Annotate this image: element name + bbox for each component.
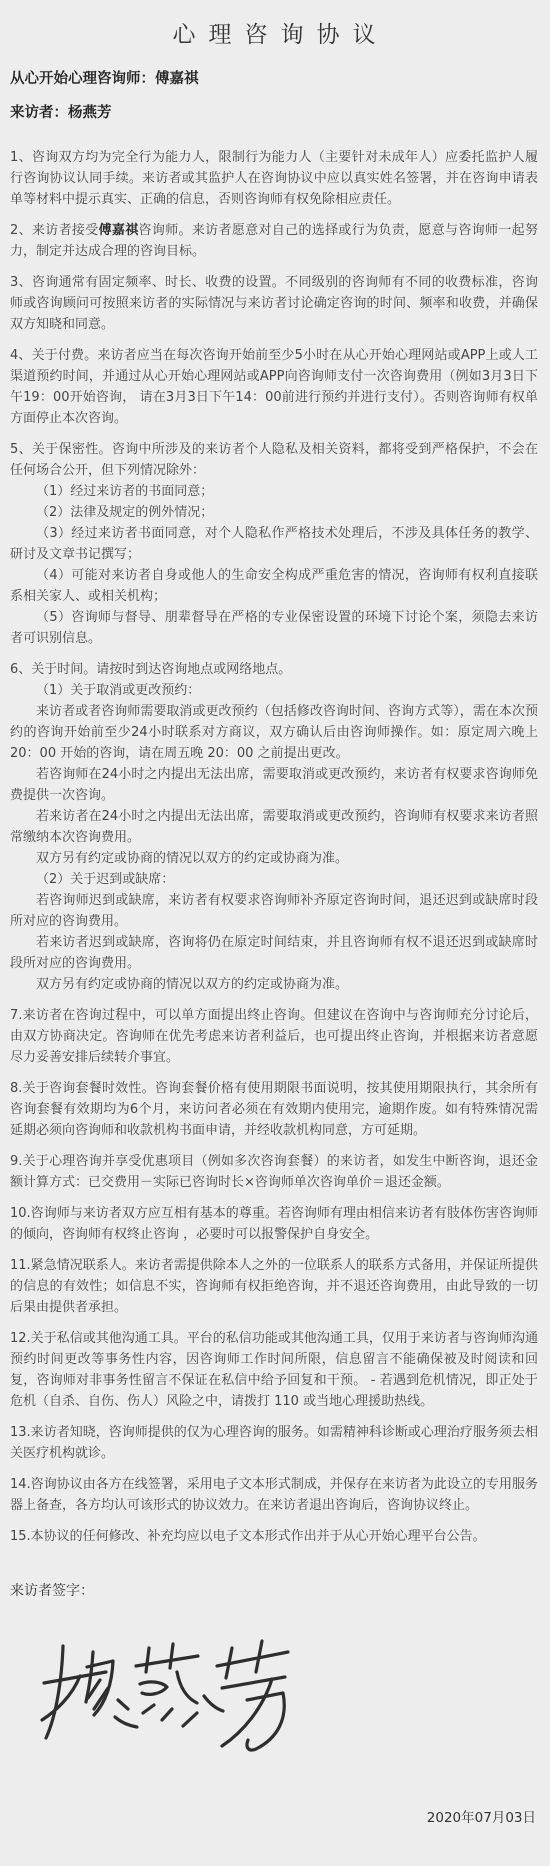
signature-label: 来访者签字： (10, 1581, 538, 1602)
clause-5-intro: 5、关于保密性。咨询中所涉及的来访者个人隐私及相关资料，都将受到严格保护，不会在… (10, 439, 538, 481)
clause-6-item-5: 双方另有约定或协商的情况以双方的约定或协商为准。 (10, 848, 538, 869)
clause-2-counselor-name: 傅嘉祺 (99, 223, 139, 238)
clause-3: 3、咨询通常有固定频率、时长、收费的设置。不同级别的咨询师有不同的收费标准，咨询… (10, 272, 538, 335)
counselor-line: 从心开始心理咨询师：傅嘉祺 (10, 69, 538, 89)
clause-11: 11.紧急情况联系人。来访者需提供除本人之外的一位联系人的联系方式备用，并保证所… (10, 1255, 538, 1318)
clause-6-item-4: 若来访者在24小时之内提出无法出席，需要取消或更改预约，咨询师有权要求来访者照常… (10, 806, 538, 848)
clause-6-intro: 6、关于时间。请按时到达咨询地点或网络地点。 (10, 659, 538, 680)
clause-5-item-3: （3）经过来访者书面同意，对个人隐私作严格技术处理后，不涉及具体任务的教学、研讨… (10, 523, 538, 565)
clause-5-item-4: （4）可能对来访者自身或他人的生命安全构成严重危害的情况，咨询师有权利直接联系相… (10, 565, 538, 607)
clause-9: 9.关于心理咨询并享受优惠项目（例如多次咨询套餐）的来访者，如发生中断咨询，退还… (10, 1151, 538, 1193)
clause-6-item-9: 双方另有约定或协商的情况以双方的约定或协商为准。 (10, 974, 538, 995)
clause-6-item-7: 若咨询师迟到或缺席，来访者有权要求咨询师补齐原定咨询时间，退还迟到或缺席时段所对… (10, 890, 538, 932)
clause-5: 5、关于保密性。咨询中所涉及的来访者个人隐私及相关资料，都将受到严格保护，不会在… (10, 439, 538, 649)
signature-handwriting (36, 1636, 296, 1768)
clause-6-item-2: 来访者或者咨询师需要取消或更改预约（包括修改咨询时间、咨询方式等），需在本次预约… (10, 701, 538, 764)
agreement-document: 心理咨询协议 从心开始心理咨询师：傅嘉祺 来访者：杨燕芳 1、咨询双方均为完全行… (0, 0, 550, 1866)
clause-6-item-1: （1）关于取消或更改预约： (10, 680, 538, 701)
clause-4: 4、关于付费。来访者应当在每次咨询开始前至少5小时在从心开始心理网站或APP上或… (10, 345, 538, 429)
clause-2: 2、来访者接受傅嘉祺咨询师。来访者愿意对自己的选择或行为负责，愿意与咨询师一起努… (10, 220, 538, 262)
clause-6-item-8: 若来访者迟到或缺席，咨询将仍在原定时间结束，并且咨询师有权不退还迟到或缺席时段所… (10, 932, 538, 974)
client-line: 来访者：杨燕芳 (10, 103, 538, 123)
clause-1: 1、咨询双方均为完全行为能力人，限制行为能力人（主要针对未成年人）应委托监护人履… (10, 147, 538, 210)
clause-6: 6、关于时间。请按时到达咨询地点或网络地点。 （1）关于取消或更改预约： 来访者… (10, 659, 538, 995)
clause-10: 10.咨询师与来访者双方应互相有基本的尊重。若咨询师有理由相信来访者有肢体伤害咨… (10, 1203, 538, 1245)
clause-12: 12.关于私信或其他沟通工具。平台的私信功能或其他沟通工具，仅用于来访者与咨询师… (10, 1328, 538, 1412)
clause-13: 13.来访者知晓，咨询师提供的仅为心理咨询的服务。如需精神科诊断或心理治疗服务须… (10, 1422, 538, 1464)
clause-5-item-2: （2）法律及规定的例外情况； (10, 502, 538, 523)
page-title: 心理咨询协议 (10, 16, 538, 49)
clause-14: 14.咨询协议由各方在线签署，采用电子文本形式制成，并保存在来访者为此设立的专用… (10, 1474, 538, 1516)
signature-date: 2020年07月03日 (10, 1806, 538, 1826)
clause-2-prefix: 2、来访者接受 (10, 223, 99, 238)
clause-5-item-1: （1）经过来访者的书面同意； (10, 481, 538, 502)
clause-8: 8.关于咨询套餐时效性。咨询套餐价格有使用期限书面说明，按其使用期限执行，其余所… (10, 1078, 538, 1141)
clause-6-item-3: 若咨询师在24小时之内提出无法出席，需要取消或更改预约，来访者有权要求咨询师免费… (10, 764, 538, 806)
signature-area (36, 1636, 538, 1776)
clause-6-item-6: （2）关于迟到或缺席： (10, 869, 538, 890)
clause-15: 15.本协议的任何修改、补充均应以电子文本形式作出并于从心开始心理平台公告。 (10, 1526, 538, 1547)
clause-7: 7.来访者在咨询过程中，可以单方面提出终止咨询。但建议在咨询中与咨询师充分讨论后… (10, 1005, 538, 1068)
clauses: 1、咨询双方均为完全行为能力人，限制行为能力人（主要针对未成年人）应委托监护人履… (10, 147, 538, 1547)
clause-5-item-5: （5）咨询师与督导、朋辈督导在严格的专业保密设置的环境下讨论个案，须隐去来访者可… (10, 607, 538, 649)
